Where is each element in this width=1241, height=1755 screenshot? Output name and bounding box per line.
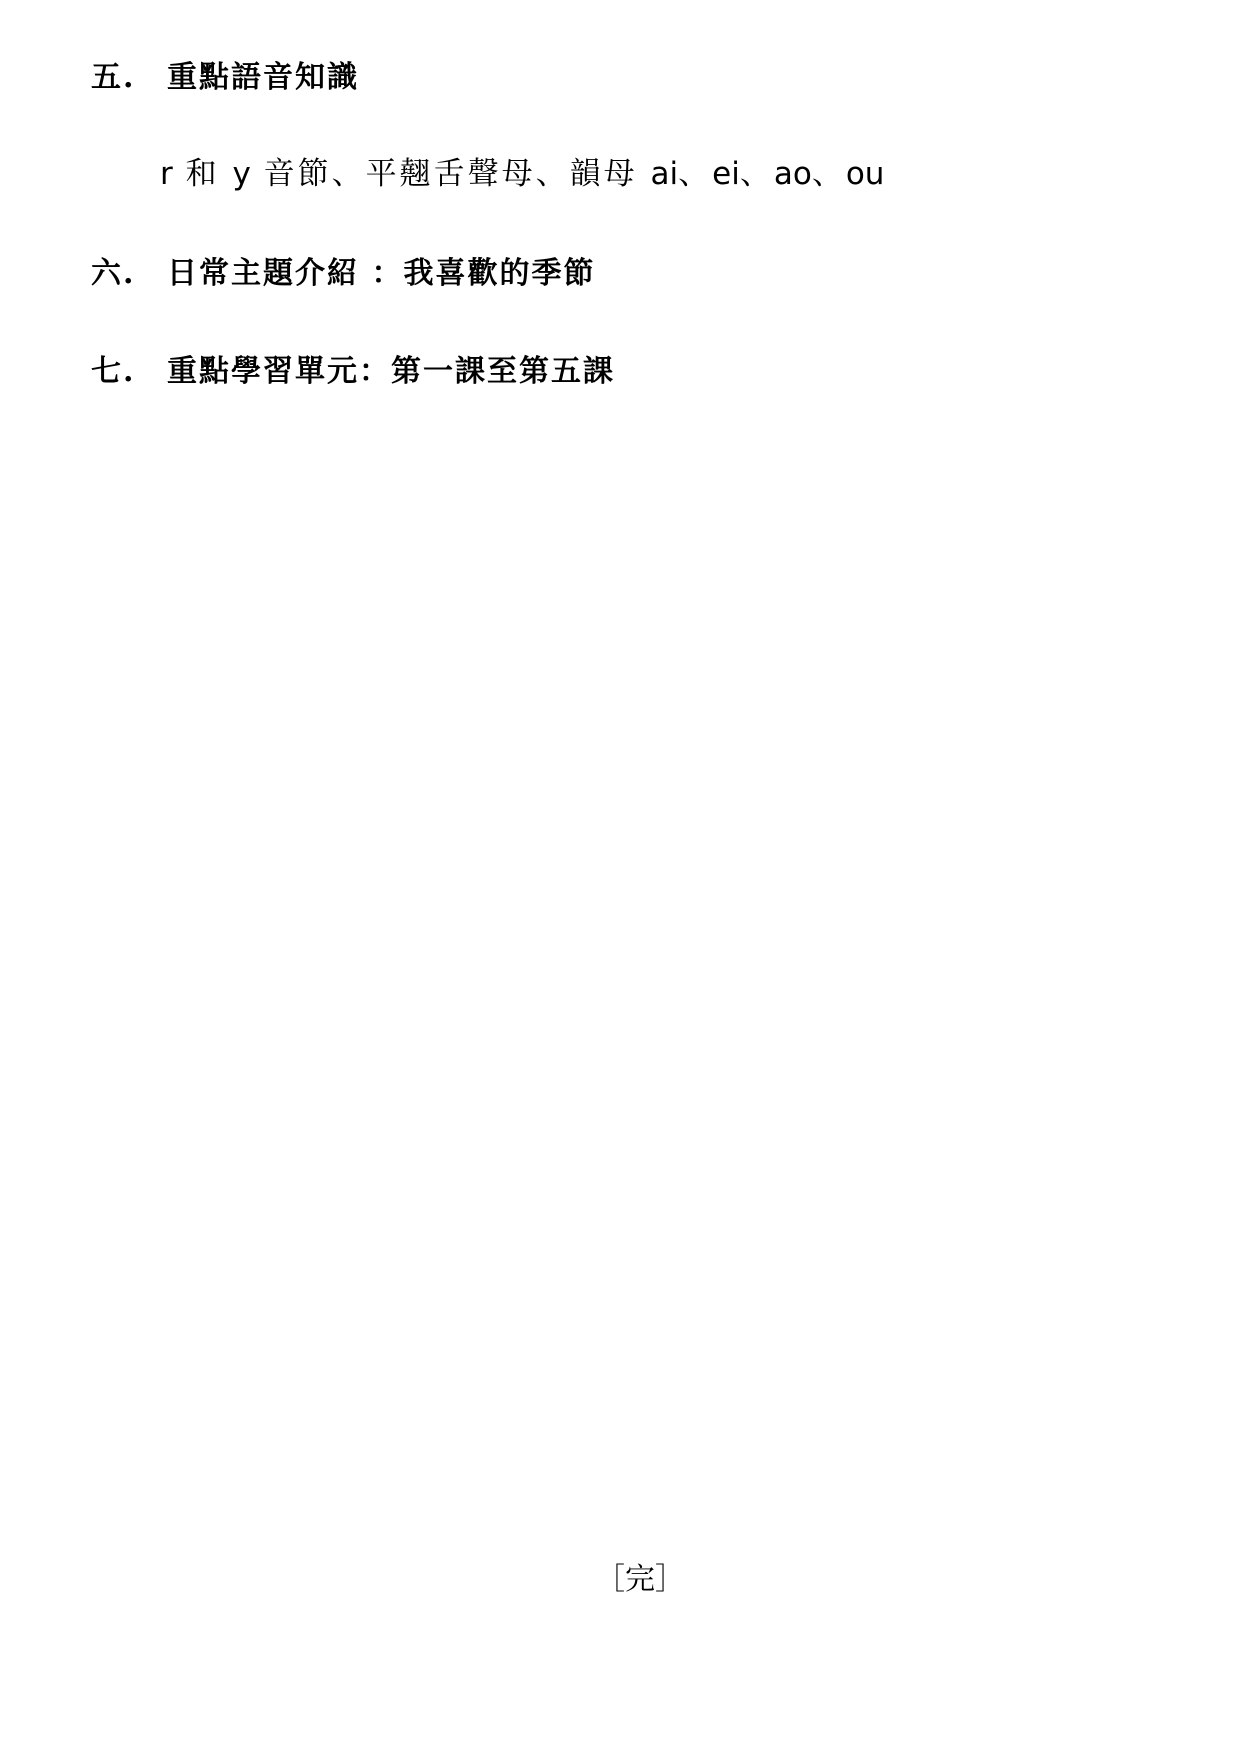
section-title: 重點語音知識 — [167, 60, 359, 95]
phonetic-ou: ou — [846, 156, 885, 192]
phonetic-r: r — [160, 156, 173, 192]
section-heading-7: 七.重點學習單元：第一課至第五課 — [91, 352, 615, 392]
phonetic-separator: 、 — [678, 156, 712, 192]
phonetic-text: 和 — [173, 156, 233, 192]
section-title: 日常主題介紹 ：我喜歡的季節 — [167, 256, 595, 291]
phonetic-ai: ai — [651, 156, 679, 192]
phonetic-ei: ei — [712, 156, 740, 192]
section-heading-6: 六.日常主題介紹 ：我喜歡的季節 — [91, 254, 595, 294]
section-number: 六. — [91, 254, 167, 294]
end-mark: ［完］ — [595, 1560, 685, 1600]
phonetic-separator: 、 — [740, 156, 774, 192]
section-heading-5: 五.重點語音知識 — [91, 58, 359, 98]
section-number: 七. — [91, 352, 167, 392]
phonetic-text: 音節、平翹舌聲母、韻母 — [251, 156, 651, 192]
phonetics-content: r 和 y 音節、平翹舌聲母、韻母 ai、ei、ao、ou — [160, 152, 884, 196]
phonetic-ao: ao — [774, 156, 812, 192]
phonetic-separator: 、 — [812, 156, 846, 192]
phonetic-y: y — [232, 156, 250, 192]
section-number: 五. — [91, 58, 167, 98]
section-title: 重點學習單元：第一課至第五課 — [167, 354, 615, 389]
